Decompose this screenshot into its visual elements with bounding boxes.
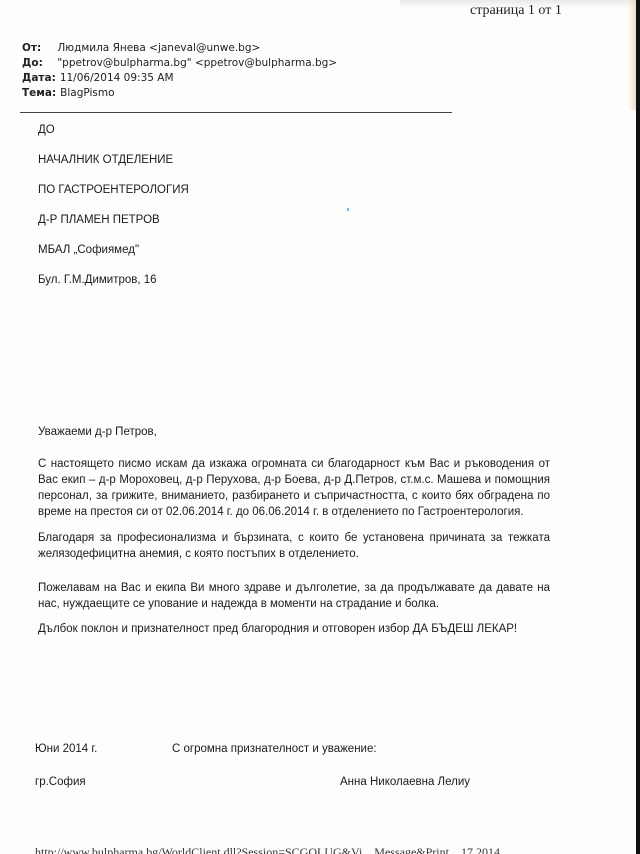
paragraph: Благодаря за професионализма и бързината… [38, 530, 550, 562]
addressee-line: ПО ГАСТРОЕНТЕРОЛОГИЯ [38, 184, 189, 196]
from-label: От: [22, 41, 54, 56]
addressee-line: Д-Р ПЛАМЕН ПЕТРОВ [38, 214, 160, 226]
paragraph: Пожелавам на Вас и екипа Ви много здраве… [38, 580, 550, 612]
scan-shadow-edge [628, 0, 636, 110]
header-divider [20, 112, 452, 113]
subject-label: Тема: [22, 86, 56, 101]
to-row: До: "ppetrov@bulpharma.bg" <ppetrov@bulp… [22, 56, 452, 71]
addressee-line: ДО [38, 124, 55, 136]
subject-value: BlagPismo [60, 87, 114, 99]
closing-date: Юни 2014 г. [35, 743, 97, 755]
to-value: "ppetrov@bulpharma.bg" <ppetrov@bulpharm… [57, 57, 337, 69]
page-counter: страница 1 от 1 [470, 3, 562, 19]
date-label: Дата: [22, 71, 56, 86]
date-row: Дата:11/06/2014 09:35 AM [22, 71, 452, 86]
salutation: Уважаеми д-р Петров, [38, 424, 550, 440]
paragraph: С настоящето писмо искам да изкажа огром… [38, 456, 550, 520]
closing-place: гр.София [35, 776, 86, 788]
scan-speck [347, 208, 349, 211]
paragraph: Дълбок поклон и признателност пред благо… [38, 621, 550, 637]
signature-name: Анна Николаевна Лелиу [340, 776, 470, 788]
footer-url: http://www.bulpharma.bg/WorldClient.dll?… [35, 845, 500, 854]
date-value: 11/06/2014 09:35 AM [60, 72, 174, 84]
subject-row: Тема:BlagPismo [22, 86, 452, 101]
addressee-line: Бул. Г.М.Димитров, 16 [38, 274, 157, 286]
email-header: От: Людмила Янева <janeval@unwe.bg> До: … [22, 41, 452, 101]
addressee-line: МБАЛ „Софиямед" [38, 244, 139, 256]
from-value: Людмила Янева <janeval@unwe.bg> [57, 42, 260, 54]
scan-border-right [636, 0, 640, 854]
closing-regards: С огромна признателност и уважение: [172, 743, 377, 755]
addressee-line: НАЧАЛНИК ОТДЕЛЕНИЕ [38, 154, 173, 166]
from-row: От: Людмила Янева <janeval@unwe.bg> [22, 41, 452, 56]
to-label: До: [22, 56, 54, 71]
